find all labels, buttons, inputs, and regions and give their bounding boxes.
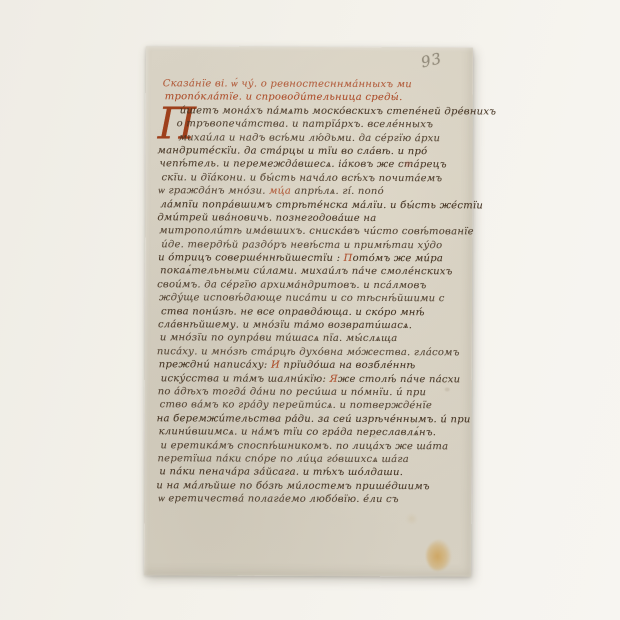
ink-text: покаѧ́тельными си́лами. михаи́лъ па́че с… <box>160 266 452 278</box>
manuscript-line: и мно́зїи по оупра́ви ти́шасѧ пїа. мы́сл… <box>160 332 457 346</box>
ink-text: о тръвопеча́тства. и патрїа́рхъ. вселе́н… <box>177 119 434 131</box>
manuscript-line: и́шетъ мона́хъ па́мѧть моско́вскихъ степ… <box>162 104 458 118</box>
ink-text: свои́мъ. да се́ргїю архима́ндритовъ. и п… <box>157 279 426 291</box>
ink-text: преждни́ написа́ху: <box>159 360 271 371</box>
rubric-text: тропо́кла́тїе. и спроводи́тельница среды… <box>165 92 403 103</box>
manuscript-line: писа́ху. и мно́зѣ ста́рцѣ духо́вна мо́же… <box>157 345 457 359</box>
rubric-text: И <box>271 360 280 371</box>
manuscript-line: сла́внѣйшему. и мно́зїи та́мо возврати́ш… <box>158 319 457 333</box>
ink-text: и́де. твердѣ́й раздо́ръ невѣ́ста и примѣ… <box>161 239 442 251</box>
rubric-text: Я <box>330 374 338 385</box>
manuscript-line: и еретика́мъ споспѣ́шникомъ. по лица́хъ … <box>161 439 457 453</box>
ink-text: и́шетъ мона́хъ па́мѧть моско́вскихъ степ… <box>180 105 497 117</box>
ink-text: ото́мъ же ми́ра <box>353 253 444 264</box>
manuscript-line: перетїша па́ки спо́ре по ли́ца го́вшихсѧ… <box>157 452 456 466</box>
manuscript-line: скїи. и дїа́кони. и бы́сть нача́ло всѣ́х… <box>161 171 457 185</box>
ink-text: иску́сства и та́мъ шални́кїю: <box>161 373 330 384</box>
ink-text: на беремжи́тельства ра́ди. за сеи́ изрѣч… <box>157 413 471 425</box>
bottom-right-stain <box>426 539 451 570</box>
ink-text: и па́ки пенача́ра за́йсага. и тѣ́хъ шо́л… <box>159 467 403 479</box>
manuscript-text-block: Сказа́нїе ві. ѡ́ чу́. о ревностесннма́нн… <box>156 77 457 507</box>
ink-text: и мно́зїи по оупра́ви ти́шасѧ пїа. мы́сл… <box>160 333 398 344</box>
rubric-text: Сказа́нїе ві. ѡ́ чу́. о ревностесннма́нн… <box>163 78 412 90</box>
manuscript-line: и о́трицъ соверше́ннѣйшестїи : Пото́мъ ж… <box>158 252 457 266</box>
ink-text: дми́трей ива́новичь. познегодова́ше на <box>157 212 376 223</box>
manuscript-line: и па́ки пенача́ра за́йсага. и тѣ́хъ шо́л… <box>159 466 456 480</box>
ink-text: митрополи́тѣ има́вшихъ. сниска́въ чи́сто… <box>159 226 474 238</box>
ink-text: и еретика́мъ споспѣ́шникомъ. по лица́хъ … <box>161 440 449 452</box>
manuscript-line: по а́дѣхъ тогда́ да́ни по реси́ша и по́м… <box>158 385 457 399</box>
manuscript-line: иску́сства и та́мъ шални́кїю: Яже столѣ́… <box>161 372 457 386</box>
ink-text: перетїша па́ки спо́ре по ли́ца го́вшихсѧ… <box>157 453 408 465</box>
manuscript-line: и́де. твердѣ́й раздо́ръ невѣ́ста и примѣ… <box>161 238 457 252</box>
manuscript-line: ѡ еретичества́ полага́емо любо́вїю. е́ли… <box>158 493 456 507</box>
manuscript-line: о тръвопеча́тства. и патрїа́рхъ. вселе́н… <box>159 118 458 132</box>
ink-text: писа́ху. и мно́зѣ ста́рцѣ духо́вна мо́же… <box>157 346 460 358</box>
manuscript-line: Сказа́нїе ві. ѡ́ чу́. о ревностесннма́нн… <box>158 77 458 91</box>
manuscript-line: михаи́ла и надъ всѣ́ми лю́дьми. да се́рг… <box>161 131 458 145</box>
photo-background: 93 П Сказа́нїе ві. ѡ́ чу́. о ревностеснн… <box>0 0 620 620</box>
ink-text: клини́вшимсѧ. и на́мъ тїи со гра́да пере… <box>159 427 437 439</box>
ink-text: ла́мпїи попра́вшимъ стрѣте́нска ма́лїи. … <box>160 199 483 211</box>
ink-text: мандрите́скїи. да ста́рцы и тїи во сла́в… <box>158 145 428 157</box>
fox-speck <box>373 435 377 438</box>
manuscript-line: покаѧ́тельными си́лами. михаи́лъ па́че с… <box>160 265 457 279</box>
ink-text: ства пони́зѣ. не все оправда́юща. и ско́… <box>161 306 425 318</box>
ink-text: по а́дѣхъ тогда́ да́ни по реси́ша и по́м… <box>158 386 427 398</box>
manuscript-page: 93 П Сказа́нїе ві. ѡ́ чу́. о ревностеснн… <box>144 46 473 576</box>
manuscript-line: митрополи́тѣ има́вшихъ. сниска́въ чи́сто… <box>159 225 457 239</box>
manuscript-line: жду́ще исповѣ́дающе писа́ти и со тѣснѣ́й… <box>159 292 457 306</box>
folio-number-pencil: 93 <box>419 46 460 81</box>
manuscript-line: ла́мпїи попра́вшимъ стрѣте́нска ма́лїи. … <box>160 198 457 212</box>
ink-text: ѡ гражда́нъ мно́зи. <box>158 186 269 197</box>
manuscript-line: ства пони́зѣ. не все оправда́юща. и ско́… <box>161 305 457 319</box>
ink-text: скїи. и дїа́кони. и бы́сть нача́ло всѣ́х… <box>161 172 442 184</box>
ink-text: и о́трицъ соверше́ннѣйшестїи : <box>158 253 344 264</box>
ink-text: ѡ еретичества́ полага́емо любо́вїю. е́ли… <box>158 494 399 506</box>
ink-text: ство ва́мъ ко гра́ду перейти́сѧ. и потве… <box>160 400 432 412</box>
ink-text: прїидо́ша на возбле́ннѣ <box>280 360 416 371</box>
manuscript-line: ѡ гражда́нъ мно́зи. мц́а апрѣ́лѧ. гі́. п… <box>158 185 457 199</box>
fox-speck <box>445 387 450 391</box>
margin-red-smudge <box>404 160 413 167</box>
manuscript-line: преждни́ написа́ху: И прїидо́ша на возбл… <box>159 359 457 373</box>
ink-text: михаи́ла и надъ всѣ́ми лю́дьми. да се́рг… <box>179 132 441 144</box>
ink-text: жду́ще исповѣ́дающе писа́ти и со тѣснѣ́й… <box>159 293 445 305</box>
ink-text: и на ма́лѣйше по бо́зѣ ми́лостемъ прише́… <box>156 480 429 492</box>
manuscript-line: свои́мъ. да се́ргїю архима́ндритовъ. и п… <box>157 278 457 292</box>
ink-text: апрѣ́лѧ. гі́. попо́ <box>291 186 384 197</box>
manuscript-line: ство ва́мъ ко гра́ду перейти́сѧ. и потве… <box>160 399 457 413</box>
manuscript-line: тропо́кла́тїе. и спроводи́тельница среды… <box>160 91 458 105</box>
manuscript-line: на беремжи́тельства ра́ди. за сеи́ изрѣч… <box>157 412 457 426</box>
manuscript-line: и на ма́лѣйше по бо́зѣ ми́лостемъ прише́… <box>156 479 456 493</box>
rubric-text: мц́а <box>269 186 291 197</box>
manuscript-line: клини́вшимсѧ. и на́мъ тїи со гра́да пере… <box>159 426 457 440</box>
ink-text: же столѣ́ па́че па́схи <box>338 374 461 385</box>
faint-stain <box>405 513 418 524</box>
manuscript-line: дми́трей ива́новичь. познегодова́ше на <box>157 211 457 225</box>
manuscript-line: мандрите́скїи. да ста́рцы и тїи во сла́в… <box>158 144 458 158</box>
manuscript-line: чепѣ́тель. и перемежда́вшесѧ. іа́ковъ же… <box>159 158 457 172</box>
ink-text: сла́внѣйшему. и мно́зїи та́мо возврати́ш… <box>158 319 412 331</box>
